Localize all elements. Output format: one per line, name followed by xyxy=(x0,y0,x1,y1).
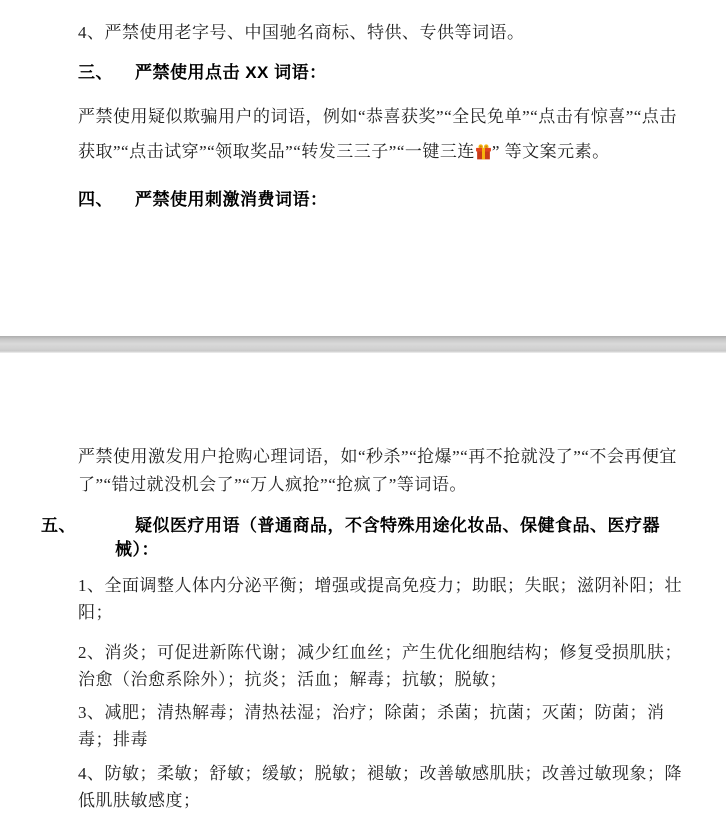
page-break-separator xyxy=(0,336,726,353)
paragraph-click-words: 严禁使用疑似欺骗用户的词语，例如“恭喜获奖”“全民免单”“点击有惊喜”“点击 获… xyxy=(78,99,723,169)
medical-list-item-1: 1、全面调整人体内分泌平衡；增强或提高免疫力；助眠；失眠；滋阴补阳；壮 阳； xyxy=(78,572,723,626)
medical-list-item-3: 3、减肥；清热解毒；清热祛湿；治疗；除菌；杀菌；抗菌；灭菌；防菌；消 毒；排毒 xyxy=(78,699,723,753)
section-title: 严禁使用刺激消费词语： xyxy=(135,190,328,209)
medical-list-item-2: 2、消炎；可促进新陈代谢；减少红血丝；产生优化细胞结构；修复受损肌肤； 治愈（治… xyxy=(78,639,723,693)
section-number: 五、 xyxy=(78,514,135,538)
paragraph-trademark-rule: 4、严禁使用老字号、中国驰名商标、特供、专供等词语。 xyxy=(78,16,723,50)
medical-list-item-4: 4、防敏；柔敏；舒敏；缓敏；脱敏；褪敏；改善敏感肌肤；改善过敏现象；降 低肌肤敏… xyxy=(78,760,723,813)
paragraph-text-after-emoji: ” 等文案元素。 xyxy=(492,142,610,161)
gift-emoji-icon xyxy=(475,143,492,160)
document-viewport: 4、严禁使用老字号、中国驰名商标、特供、专供等词语。 三、严禁使用点击 XX 词… xyxy=(0,0,726,813)
section-number: 三、 xyxy=(78,59,135,87)
section-heading-consume-words: 四、严禁使用刺激消费词语： xyxy=(78,186,723,214)
section-title: 严禁使用点击 XX 词语： xyxy=(135,63,327,82)
section-heading-click-words: 三、严禁使用点击 XX 词语： xyxy=(78,59,723,87)
paragraph-rush-words: 严禁使用激发用户抢购心理词语，如“秒杀”“抢爆”“再不抢就没了”“不会再便宜 了… xyxy=(78,443,723,499)
section-number: 四、 xyxy=(78,186,135,214)
section-heading-medical-terms: 五、疑似医疗用语（普通商品，不含特殊用途化妆品、保健食品、医疗器 械）： xyxy=(78,514,726,562)
section-title: 疑似医疗用语（普通商品，不含特殊用途化妆品、保健食品、医疗器 械）： xyxy=(115,516,660,559)
